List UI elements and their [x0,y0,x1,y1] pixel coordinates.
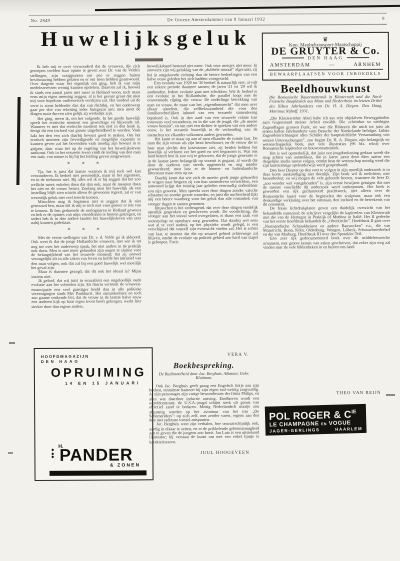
article-title: Huwelijksgeluk [27,26,265,52]
masthead-title: De Groene Amsterdammer van 9 Januari 193… [167,17,265,23]
paragraph: Ik geloof, dat wij juist in sexualiteit … [31,278,141,309]
paragraph: „Die Klosterrather Abtei habe ich aus re… [262,116,389,151]
newspaper-page: No. 2849 De Groene Amsterdammer van 9 Ja… [0,0,400,561]
pander-wordmark: PANDER [59,447,146,463]
issue-number: No. 2849 [31,18,51,23]
book-review-citation: De Radiosnelheid door Jac. Berghuis. Alk… [158,371,250,381]
pander-black-bar [50,470,147,476]
pander-monogram: H. [58,444,63,450]
book-review-signature: JUUL HOOGEVEEN [149,450,259,455]
title-divider [135,58,163,61]
paragraph: Een evolutie van 1920 tot '30 bedoel ik … [147,81,257,138]
sculpture-review-body: „Die Klosterrather Abtei habe ich aus re… [262,116,391,389]
page-number: 9 [382,16,385,21]
paragraph: Den heer Diepen op den voet te volgen in… [263,168,390,207]
pander-logo: H. ◆ ◆ ◆ PANDER & ZONEN [49,447,146,476]
article-block: Tja, het is juist dat laatste waarom ik … [31,169,141,226]
gruyter-city: DEN HAAG [308,56,344,61]
sculpture-section-heading: Beeldhouwkunst [262,87,389,92]
column-middle: huwelijksband bestond niet meer. Ook voo… [147,64,259,456]
paragraph: Jac. Berghuis weet zijn verhalen, hoe on… [149,422,259,444]
slogan-en: EN [321,423,327,427]
paragraph: Ik heb mij er over verwonderd dat de vro… [30,64,140,116]
agent-name: JAGER-GERLINGS [269,428,319,434]
rule-right [347,57,369,58]
gruyter-footer: BEWAARPLAATSEN VOOR INBOEDELS [268,72,383,77]
paragraph: Een zeer rijk gedocumenteerd boek over d… [263,236,390,250]
pander-city-line: DEN HAAG [41,358,146,364]
paragraph: Tja, het is juist dat laatste waarom ik … [31,169,141,200]
diamond-glyph: ◆ [51,456,54,460]
asterism-separator: * * * [31,228,141,233]
pander-sale-headline: OPRUIMING [51,365,146,380]
asterism-separator: * * * [31,162,141,167]
paragraph: Intusschen is het verheugend, dat over d… [148,205,258,244]
dash-separator: — [329,63,335,67]
article-block: Ik heb mij er over verwonderd dat de vro… [30,64,141,159]
gruyter-branch-left: AMSTERDAM [270,63,310,68]
page-header: No. 2849 De Groene Amsterdammer van 9 Ja… [29,13,387,27]
agent-city: HAARLEM [335,427,362,432]
rule-left [282,58,304,59]
column-left: Ik heb mij er over verwonderd dat de vro… [30,64,142,345]
de-gruyter-advertisement: ♛ Kon. Meubeltransport-Maatschappij DE G… [262,32,389,81]
paragraph: Ook Jac. Berghuis geeft graag een Engels… [149,383,259,422]
sculpture-book-citation: Die Romanische Bauornamentik in Klosterr… [269,95,382,114]
book-review-heading: Boekbespreking. [149,364,259,369]
pol-roger-advertisement: POL ROGER & CIE LE CHAMPAGNE EN VOGUE JA… [265,404,367,436]
article-signature: VERA V. [149,353,259,358]
paragraph: Het komt er maar op aan of men elkander … [147,137,257,176]
article-block: Met de eerste stellingen van Dr. v. d. V… [31,235,141,309]
gruyter-branch-right: ARNHEM [354,63,381,67]
pol-roger-agent-row: JAGER-GERLINGS HAARLEM [269,427,362,434]
paragraph: Met de eerste stellingen van Dr. v. d. V… [31,235,141,270]
sculpture-signature: THEO VAN REIJN [264,391,391,396]
article-continuation: huwelijksband bestond niet meer. Ook voo… [147,64,259,351]
pol-roger-name-sup: IE [351,410,356,416]
paragraph: De fraaie lichtdrukplaten geven een duid… [263,206,390,237]
paragraph: huwelijksband bestond niet meer. Ook voo… [147,64,257,82]
paragraph: Misschien mag ik beginnen met te zeggen … [31,199,141,225]
paragraph: Het ging, meen ik, om het volgende. In h… [30,116,140,160]
column-right: ♛ Kon. Meubeltransport-Maatschappij DE G… [262,32,391,435]
paragraph: Het is wel opmerkelijk, dat juist een je… [263,150,390,168]
paragraph: Daarbij komt dat wie zich de moeite geef… [148,175,258,206]
diamond-ornament-icon: ◆ ◆ ◆ [51,449,54,460]
pander-whitespace [41,385,146,448]
page-content: No. 2849 De Groene Amsterdammer van 9 Ja… [0,0,400,561]
book-review-body: Ook Jac. Berghuis geeft graag een Engels… [149,383,259,448]
gruyter-branches-row: AMSTERDAM — ARNHEM [270,63,381,68]
pander-advertisement: HOOFDMAGAZIJN DEN HAAG OPRUIMING 14 EN 1… [34,347,154,481]
